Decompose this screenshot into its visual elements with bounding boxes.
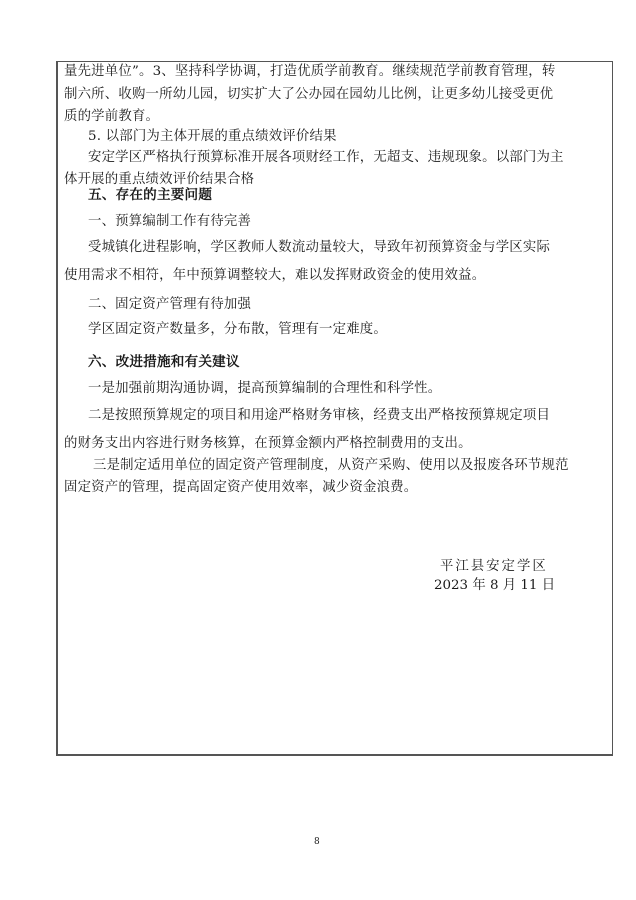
section6-line: 固定资产的管理，提高固定资产使用效率，减少资金浪费。 xyxy=(64,480,417,496)
item5-title: 5. 以部门为主体开展的重点绩效评价结果 xyxy=(88,129,337,145)
continuation-line: 质的学前教育。 xyxy=(64,109,159,125)
section6-line: 三是制定适用单位的固定资产管理制度，从资产采购、使用以及报废各环节规范 xyxy=(93,458,569,474)
section5-sub2-title: 二、固定资产管理有待加强 xyxy=(88,297,251,313)
section6-line: 一是加强前期沟通协调，提高预算编制的合理性和科学性。 xyxy=(88,381,441,397)
continuation-line: 量先进单位”。3、坚持科学协调，打造优质学前教育。继续规范学前教育管理，转 xyxy=(64,64,555,80)
signature-org: 平江县安定学区 xyxy=(440,555,548,574)
section5-heading: 五、存在的主要问题 xyxy=(88,187,212,203)
section6-heading: 六、改进措施和有关建议 xyxy=(88,354,240,370)
signature-date: 2023 年 8 月 11 日 xyxy=(434,574,555,593)
item5-line: 安定学区严格执行预算标准开展各项财经工作，无超支、违规现象。以部门为主 xyxy=(88,150,564,166)
section6-line: 的财务支出内容进行财务核算，在预算金额内严格控制费用的支出。 xyxy=(64,436,472,452)
continuation-line: 制六所、收购一所幼儿园，切实扩大了公办园在园幼儿比例，让更多幼儿接受更优 xyxy=(64,87,553,103)
section5-sub1-line: 使用需求不相符，年中预算调整较大，难以发挥财政资金的使用效益。 xyxy=(64,268,485,284)
section6-line: 二是按照预算规定的项目和用途严格财务审核，经费支出严格按预算规定项目 xyxy=(88,408,550,424)
section5-sub2-line: 学区固定资产数量多，分布散，管理有一定难度。 xyxy=(88,322,387,338)
section5-sub1-title: 一、预算编制工作有待完善 xyxy=(88,214,251,230)
section5-sub1-line: 受城镇化进程影响，学区教师人数流动量较大，导致年初预算资金与学区实际 xyxy=(88,240,550,256)
item5-line: 体开展的重点绩效评价结果合格 xyxy=(64,172,254,188)
page-number: 8 xyxy=(314,837,320,847)
